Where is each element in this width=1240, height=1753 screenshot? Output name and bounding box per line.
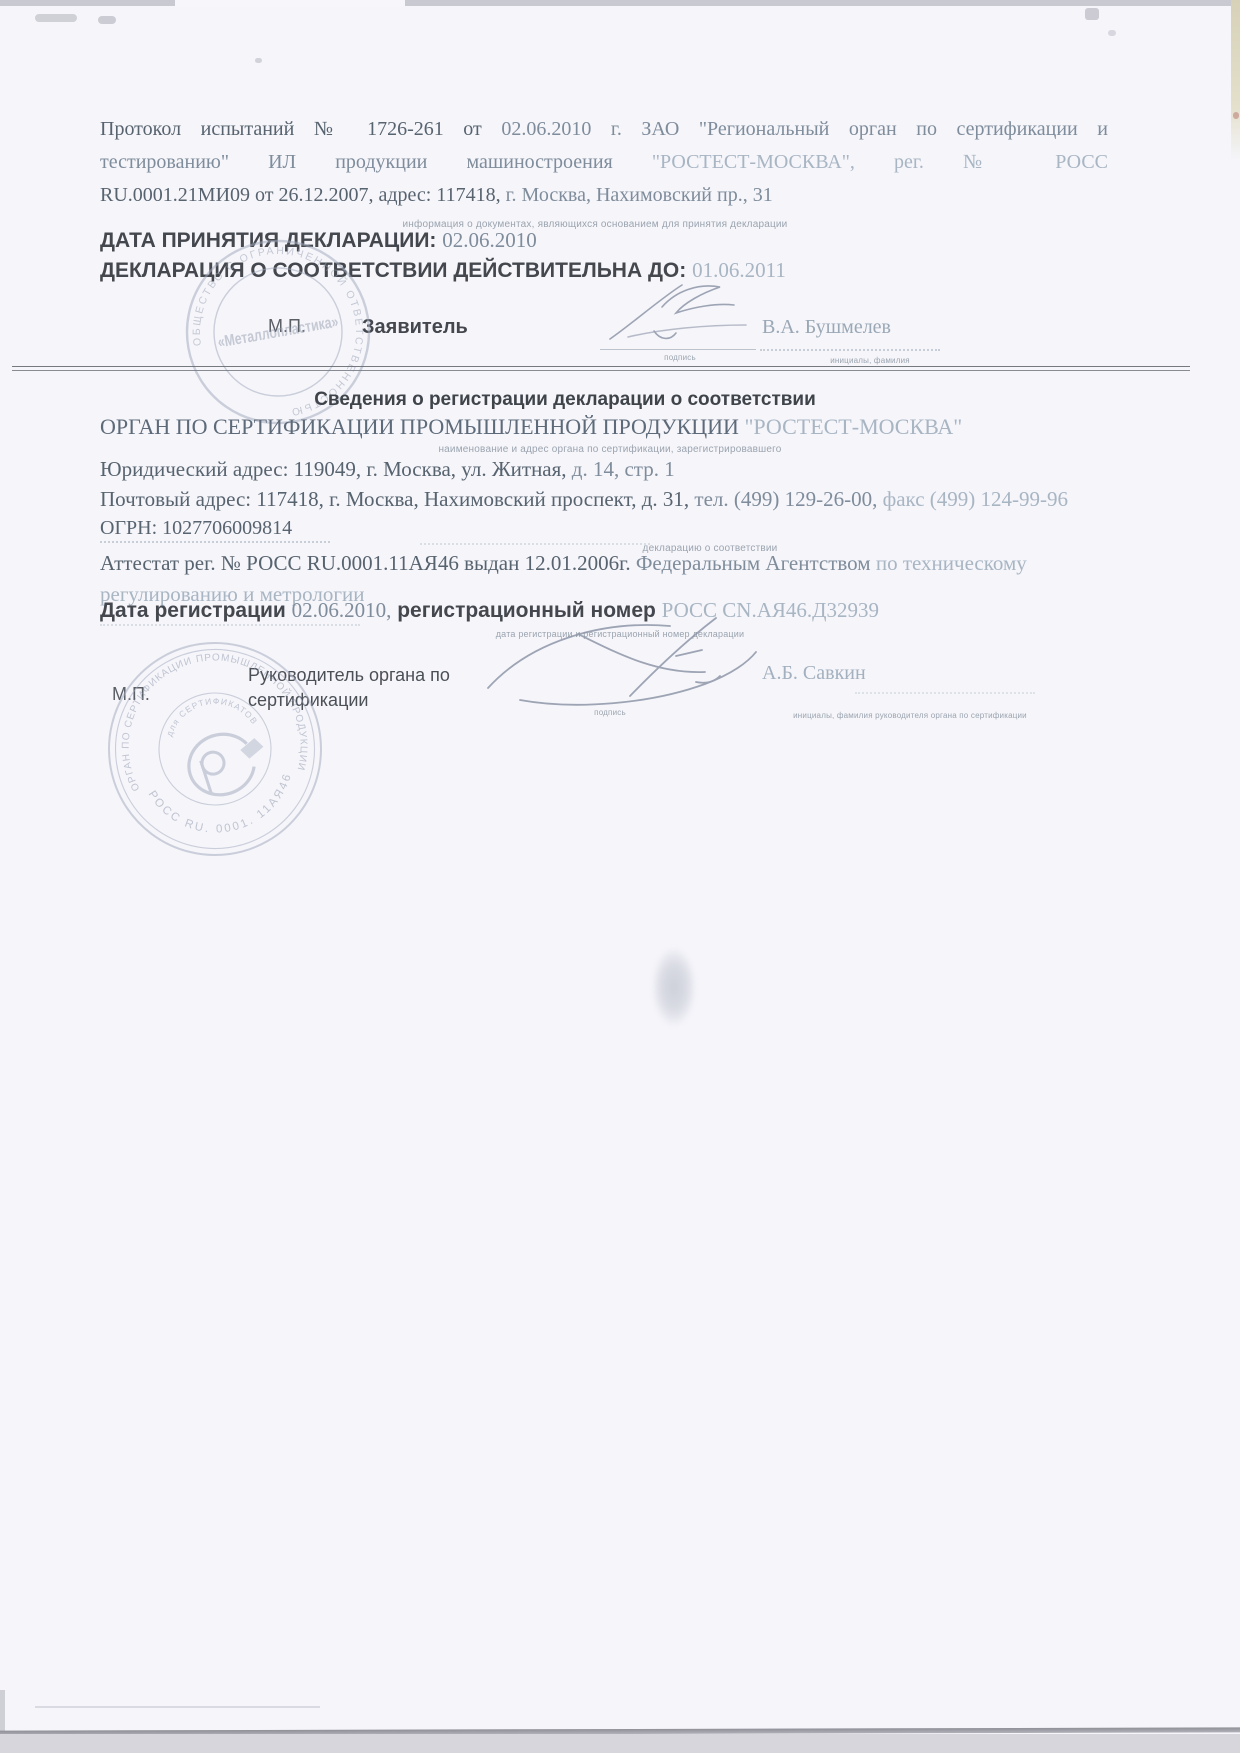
protocol-date: 02.06.2010 г. [501, 118, 641, 140]
certification-body-name: ОРГАН ПО СЕРТИФИКАЦИИ ПРОМЫШЛЕННОЙ ПРОДУ… [100, 414, 744, 439]
form-dashes [100, 541, 330, 543]
caption-initials-2: инициалы, фамилия руководителя органа по… [745, 711, 1075, 720]
scan-speck [1085, 8, 1099, 20]
caption-signature-1: подпись [630, 353, 730, 362]
protocol-text: Протокол испытаний № 1726-261 от [100, 118, 501, 140]
scan-speck [98, 16, 116, 24]
legal-address-row: Юридический адрес: 119049, г. Москва, ул… [100, 457, 675, 482]
protocol-line-2: тестированию" ИЛ продукции машиностроени… [100, 151, 1108, 174]
head-signature [480, 612, 780, 717]
certification-body-name-light: "РОСТЕСТ-МОСКВА" [744, 414, 962, 439]
scan-edge-gap [175, 0, 405, 7]
registration-date-value: 02.06.2010, [292, 598, 392, 622]
attestat-number: Аттестат рег. № РОСС RU.0001.11АЯ46 выда… [100, 551, 636, 575]
svg-text:для СЕРТИФИКАТОВ: для СЕРТИФИКАТОВ [160, 690, 261, 739]
certification-body-stamp: ОРГАН ПО СЕРТИФИКАЦИИ ПРОМЫШЛЕННОЙ ПРОДУ… [104, 638, 326, 860]
scan-speck [35, 14, 77, 22]
postal-fax: факс (499) 124-99-96 [883, 487, 1068, 511]
rostest-logo [181, 722, 274, 803]
name-line [760, 349, 940, 351]
scan-faint-line [35, 1706, 320, 1708]
legal-address: Юридический адрес: 119049, г. Москва, ул… [100, 457, 572, 481]
scan-edge-right [1231, 0, 1240, 160]
postal-phone: тел. (499) 129-26-00, [694, 487, 882, 511]
protocol-text: тестированию" ИЛ продукции машиностроени… [100, 151, 652, 173]
postal-address-row: Почтовый адрес: 117418, г. Москва, Нахим… [100, 487, 1068, 512]
applicant-name: В.А. Бушмелев [762, 316, 891, 339]
registration-date-label: Дата регистрации [100, 599, 292, 622]
protocol-text: "РОСТЕСТ-МОСКВА", рег. № РОСС [652, 151, 1108, 173]
section-divider [12, 366, 1190, 371]
protocol-line-3: RU.0001.21МИ09 от 26.12.2007, адрес: 117… [100, 184, 773, 207]
scan-speck [1108, 30, 1116, 36]
protocol-text: ЗАО "Региональный орган по сертификации … [641, 118, 1108, 140]
legal-address-tail: д. 14, стр. 1 [572, 457, 675, 481]
protocol-text: г. Москва, Нахимовский пр., 31 [506, 184, 773, 206]
caption-initials-1: инициалы, фамилия [790, 356, 950, 365]
applicant-label: Заявитель [362, 316, 468, 339]
registration-heading: Сведения о регистрации декларации о соот… [60, 389, 1070, 411]
scanned-declaration-page: Протокол испытаний № 1726-261 от 02.06.2… [0, 0, 1240, 1753]
protocol-text: RU.0001.21МИ09 от 26.12.2007, адрес: 117… [100, 184, 506, 206]
valid-until-value: 01.06.2011 [692, 258, 786, 282]
stamp-inner-text: для СЕРТИФИКАТОВ [160, 690, 261, 739]
scan-speck [255, 58, 262, 63]
date-accepted-value: 02.06.2010 [442, 228, 537, 252]
scan-speck [1233, 112, 1239, 119]
applicant-signature [598, 281, 758, 351]
ink-smudge [645, 935, 703, 1039]
form-dashes [100, 624, 360, 626]
stamp-center-text: «Металлопластика» [217, 314, 340, 352]
protocol-line-1: Протокол испытаний № 1726-261 от 02.06.2… [100, 118, 1108, 141]
ogrn-row: ОГРН: 1027706009814 [100, 517, 292, 540]
postal-address: Почтовый адрес: 117418, г. Москва, Нахим… [100, 487, 694, 511]
attestat-agency: Федеральным Агентством [636, 551, 876, 575]
scan-edge-bottom [0, 1734, 1240, 1753]
certification-body-row: ОРГАН ПО СЕРТИФИКАЦИИ ПРОМЫШЛЕННОЙ ПРОДУ… [100, 414, 962, 440]
name-line [855, 692, 1035, 694]
caption-body-name: наименование и адрес органа по сертифика… [350, 444, 870, 455]
